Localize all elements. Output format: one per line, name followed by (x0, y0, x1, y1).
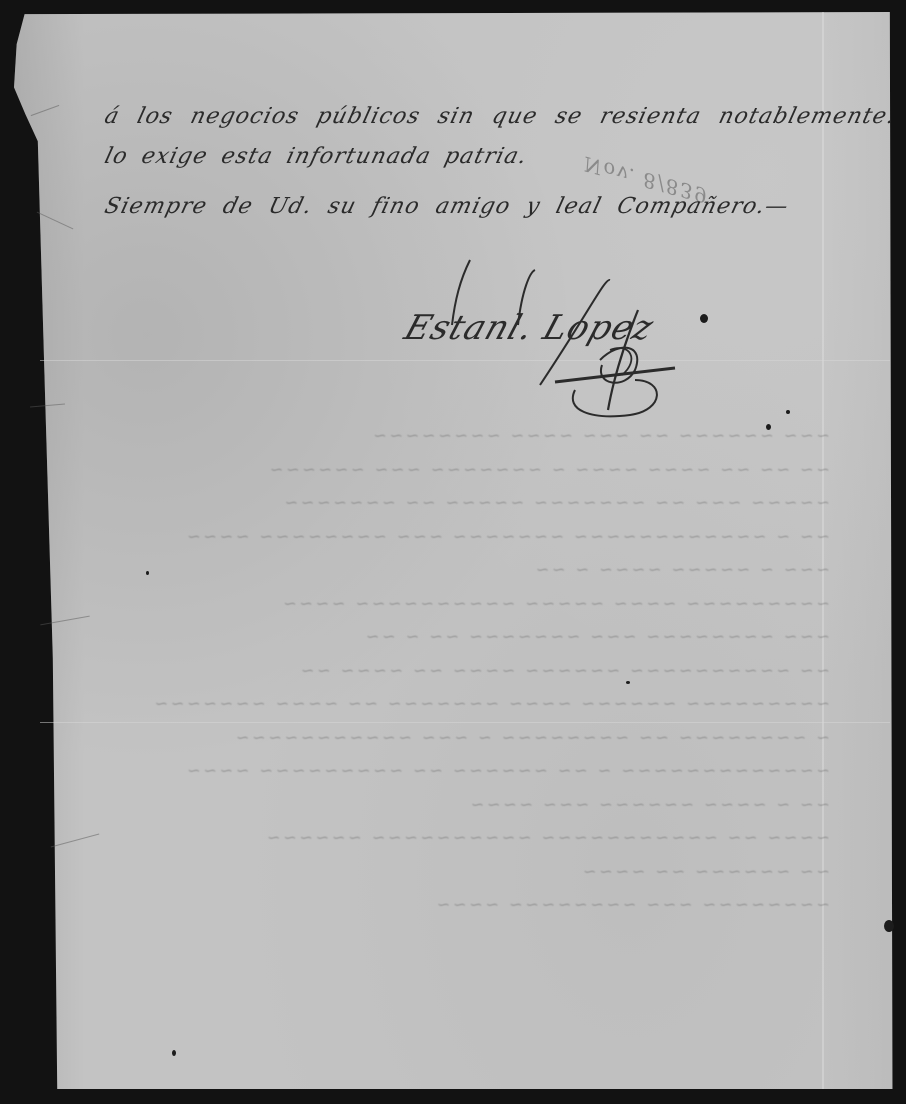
bleed-line: ~~ ~ ~~~~ ~~~~~~ ~~~ ~~~~ (106, 789, 834, 823)
letter-line-1: á los negocios públicos sin que se resie… (102, 104, 906, 129)
ink-speck (766, 424, 771, 430)
bleed-line: ~~~~~~~~ ~~~ ~~~~~~~~ ~~~~ (106, 889, 834, 923)
signature-name: Estanl. Lopez (400, 308, 659, 348)
ink-speck (700, 314, 708, 323)
bleed-line: ~~ ~ ~~~~~~~~~~~~ ~~~~~~~ ~~~ ~~~~~~~~ ~… (106, 521, 834, 555)
letter-closing: Siempre de Ud. su fino amigo y leal Comp… (102, 194, 792, 219)
bleed-line: ~~~ ~~~~~~~~ ~~~ ~~~~~~~ ~~ ~ ~~ (106, 621, 834, 655)
bleed-line: ~ ~~~~~~~~ ~~ ~~~~~~~~ ~ ~~~ ~~~~~~~~~~~ (106, 722, 834, 756)
signature: Estanl. Lopez (390, 250, 690, 430)
bleed-line: ~~~~~~~~~ ~~~~ ~~~~~ ~~~~~~~~~~ ~~~~ (106, 588, 834, 622)
bleed-line: ~~~~~~~~~ ~~~~~~ ~~~~ ~~~~~~~ ~~ ~~~~ ~~… (106, 688, 834, 722)
ink-speck (884, 920, 894, 932)
bleed-line: ~~ ~~ ~~ ~~~~ ~~~~ ~ ~~~~~~~ ~~~ ~~~~~~ (106, 454, 834, 488)
bleed-line: ~~~ ~ ~~~~~ ~~~~ ~ ~~ (106, 554, 834, 588)
ink-speck (146, 571, 149, 575)
bleed-line: ~~~~~ ~~~ ~~ ~~~~~~~ ~~~~~ ~~ ~~~~~~~ (106, 487, 834, 521)
bleed-line: ~~ ~~~~~~ ~~ ~~~~ (106, 856, 834, 890)
bleed-line: ~~~~~~~~~~~~~ ~ ~~ ~~~~~~ ~~ ~~~~~~~~~ ~… (106, 755, 834, 789)
bleed-line: ~~ ~~~~~~~~~~ ~~~~~~ ~~~~ ~~ ~~~~ ~~ (106, 655, 834, 689)
bleed-line: ~~~ ~~~~~~ ~~ ~~~ ~~~~ ~~~~~~~~ (106, 420, 834, 454)
ink-speck (172, 1050, 176, 1056)
document-scan: Nov. 8/839 á los negocios públicos sin q… (0, 0, 906, 1104)
ink-speck (786, 410, 790, 414)
bleed-through-text: ~~~ ~~~~~~ ~~ ~~~ ~~~~ ~~~~~~~~ ~~ ~~ ~~… (110, 420, 830, 923)
bleed-line: ~~~~ ~~ ~~~~~~~~~~~ ~~~~~~~~~~ ~~~~~~ (106, 822, 834, 856)
ink-speck (626, 681, 630, 684)
letter-line-2: lo exige esta infortunada patria. (102, 144, 530, 169)
